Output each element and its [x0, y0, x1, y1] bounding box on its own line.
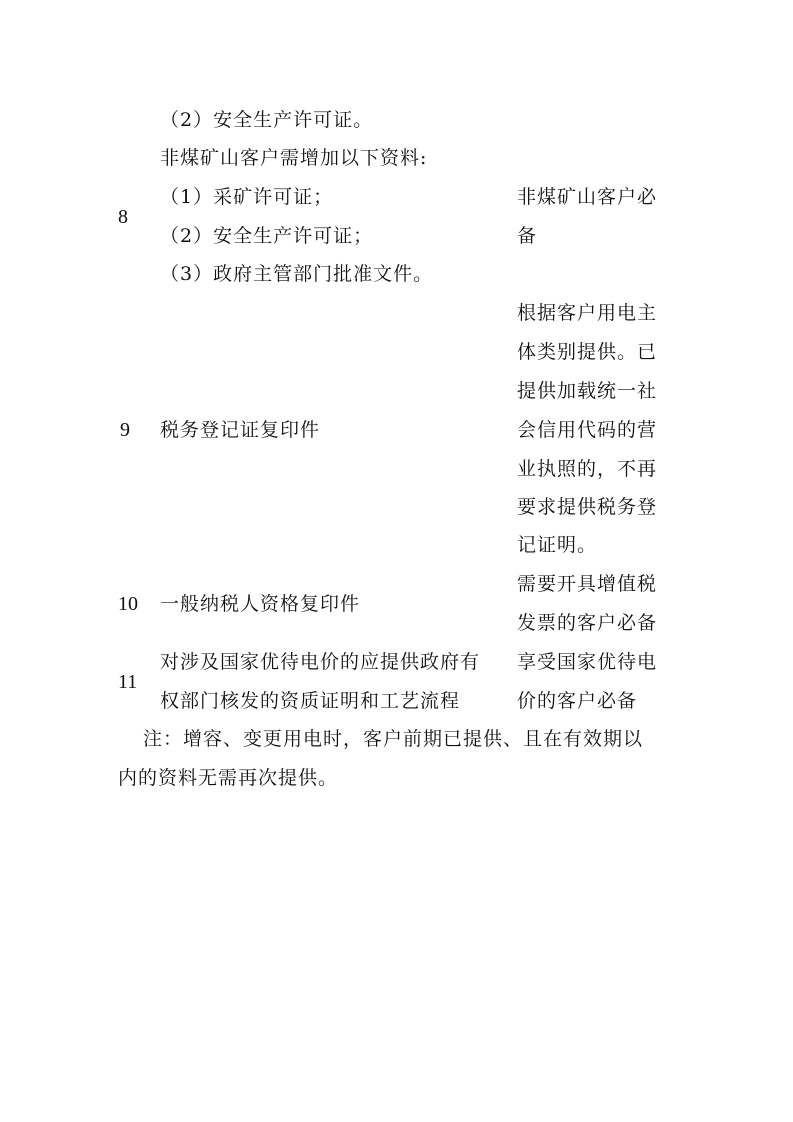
row9-remark-line-7: 记证明。 [517, 533, 597, 557]
row8-middle-line-4: （3）政府主管部门批准文件。 [160, 262, 433, 286]
row11-middle-line-1: 对涉及国家优待电价的应提供政府有 [160, 650, 480, 674]
row9-remark-line-1: 根据客户用电主 [517, 301, 657, 325]
row8-middle-line-2: （1）采矿许可证； [160, 185, 333, 209]
row8-number: 8 [118, 205, 128, 229]
row9-middle-line-1: 税务登记证复印件 [160, 418, 320, 442]
note-line-1: 注：增容、变更用电时，客户前期已提供、且在有效期以 [143, 727, 643, 751]
row10-remark-line-2: 发票的客户必备 [517, 611, 657, 635]
row7-middle-line-1: （2）安全生产许可证。 [160, 108, 373, 132]
note-line-2: 内的资料无需再次提供。 [118, 766, 338, 790]
row9-remark-line-6: 要求提供税务登 [517, 495, 657, 519]
row11-number: 11 [118, 670, 137, 694]
row9-remark-line-4: 会信用代码的营 [517, 418, 657, 442]
row8-remark-line-1: 非煤矿山客户必 [517, 185, 657, 209]
row8-middle-line-3: （2）安全生产许可证； [160, 224, 373, 248]
row10-middle-line-1: 一般纳税人资格复印件 [160, 592, 360, 616]
row9-remark-line-2: 体类别提供。已 [517, 340, 657, 364]
row10-number: 10 [118, 592, 138, 616]
row9-remark-line-5: 业执照的，不再 [517, 457, 657, 481]
row11-remark-line-1: 享受国家优待电 [517, 650, 657, 674]
row11-remark-line-2: 价的客户必备 [517, 689, 637, 713]
row11-middle-line-2: 权部门核发的资质证明和工艺流程 [160, 689, 460, 713]
row9-number: 9 [120, 418, 130, 442]
row8-remark-line-2: 备 [517, 224, 537, 248]
row9-remark-line-3: 提供加载统一社 [517, 379, 657, 403]
row10-remark-line-1: 需要开具增值税 [517, 572, 657, 596]
document-page: （2）安全生产许可证。 非煤矿山客户需增加以下资料: （1）采矿许可证； 8 （… [0, 0, 793, 1122]
row8-middle-line-1: 非煤矿山客户需增加以下资料: [160, 146, 427, 170]
